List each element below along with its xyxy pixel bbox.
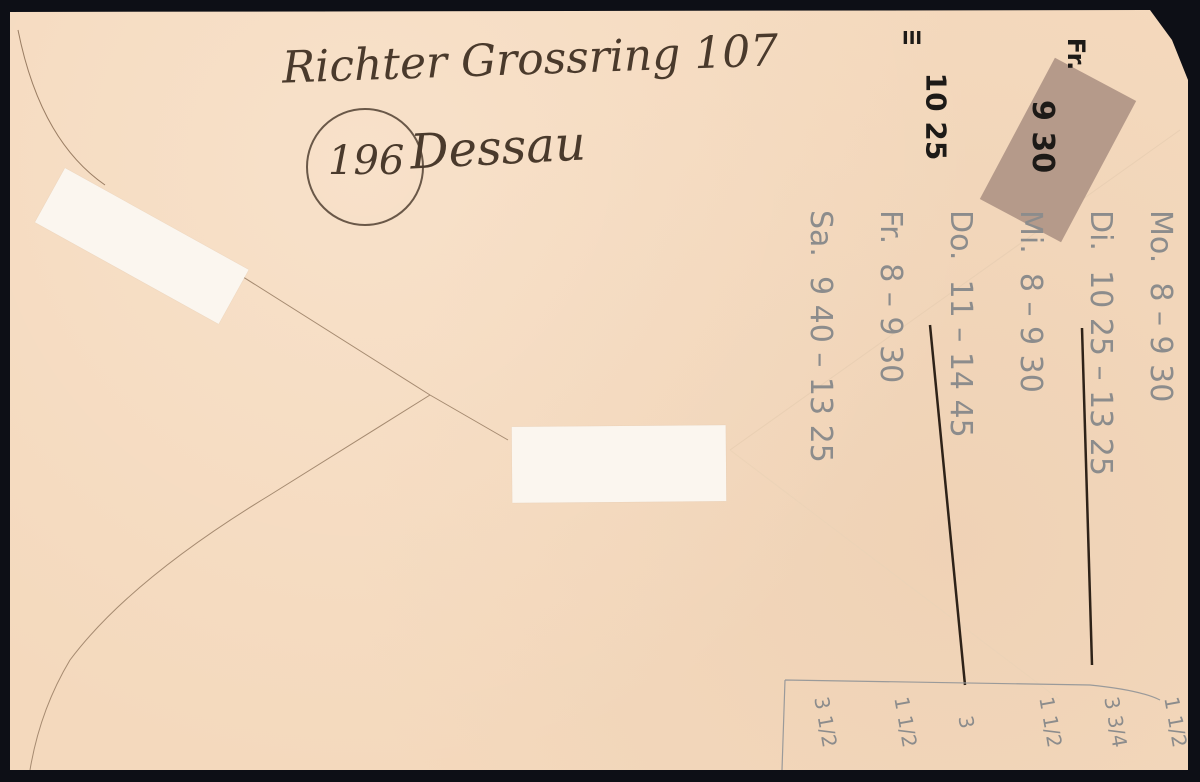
schedule-row: Mo. 8 – 9 30 [1143,210,1178,402]
schedule-row: Sa. 9 40 – 13 25 [803,210,838,463]
roman-numeral: III [902,28,922,49]
schedule-row: Di. 10 25 – 13 25 [1083,210,1118,476]
pencil-totals-box: 3 1/2 1 1/2 3 1 1/2 3 3/4 1 1/2 [790,700,1190,770]
circled-number: 196 [328,138,404,184]
schedule-row: Mi. 8 – 9 30 [1013,210,1048,393]
label-note-prefix: Fr. [1062,38,1090,70]
schedule-row: Fr. 8 – 9 30 [873,210,908,383]
sender-city: Dessau [409,115,587,180]
schedule-row: Do. 11 – 14 45 [943,210,978,438]
tape-strip-center [512,425,727,503]
time-note: 10 25 [919,73,952,161]
label-note-time: 9 30 [1025,100,1060,173]
envelope-back: Richter Grossring 107 196 Dessau III 10 … [10,10,1188,770]
pencil-schedule: Mo. 8 – 9 30 Di. 10 25 – 13 25 Mi. 8 – 9… [778,210,1178,680]
